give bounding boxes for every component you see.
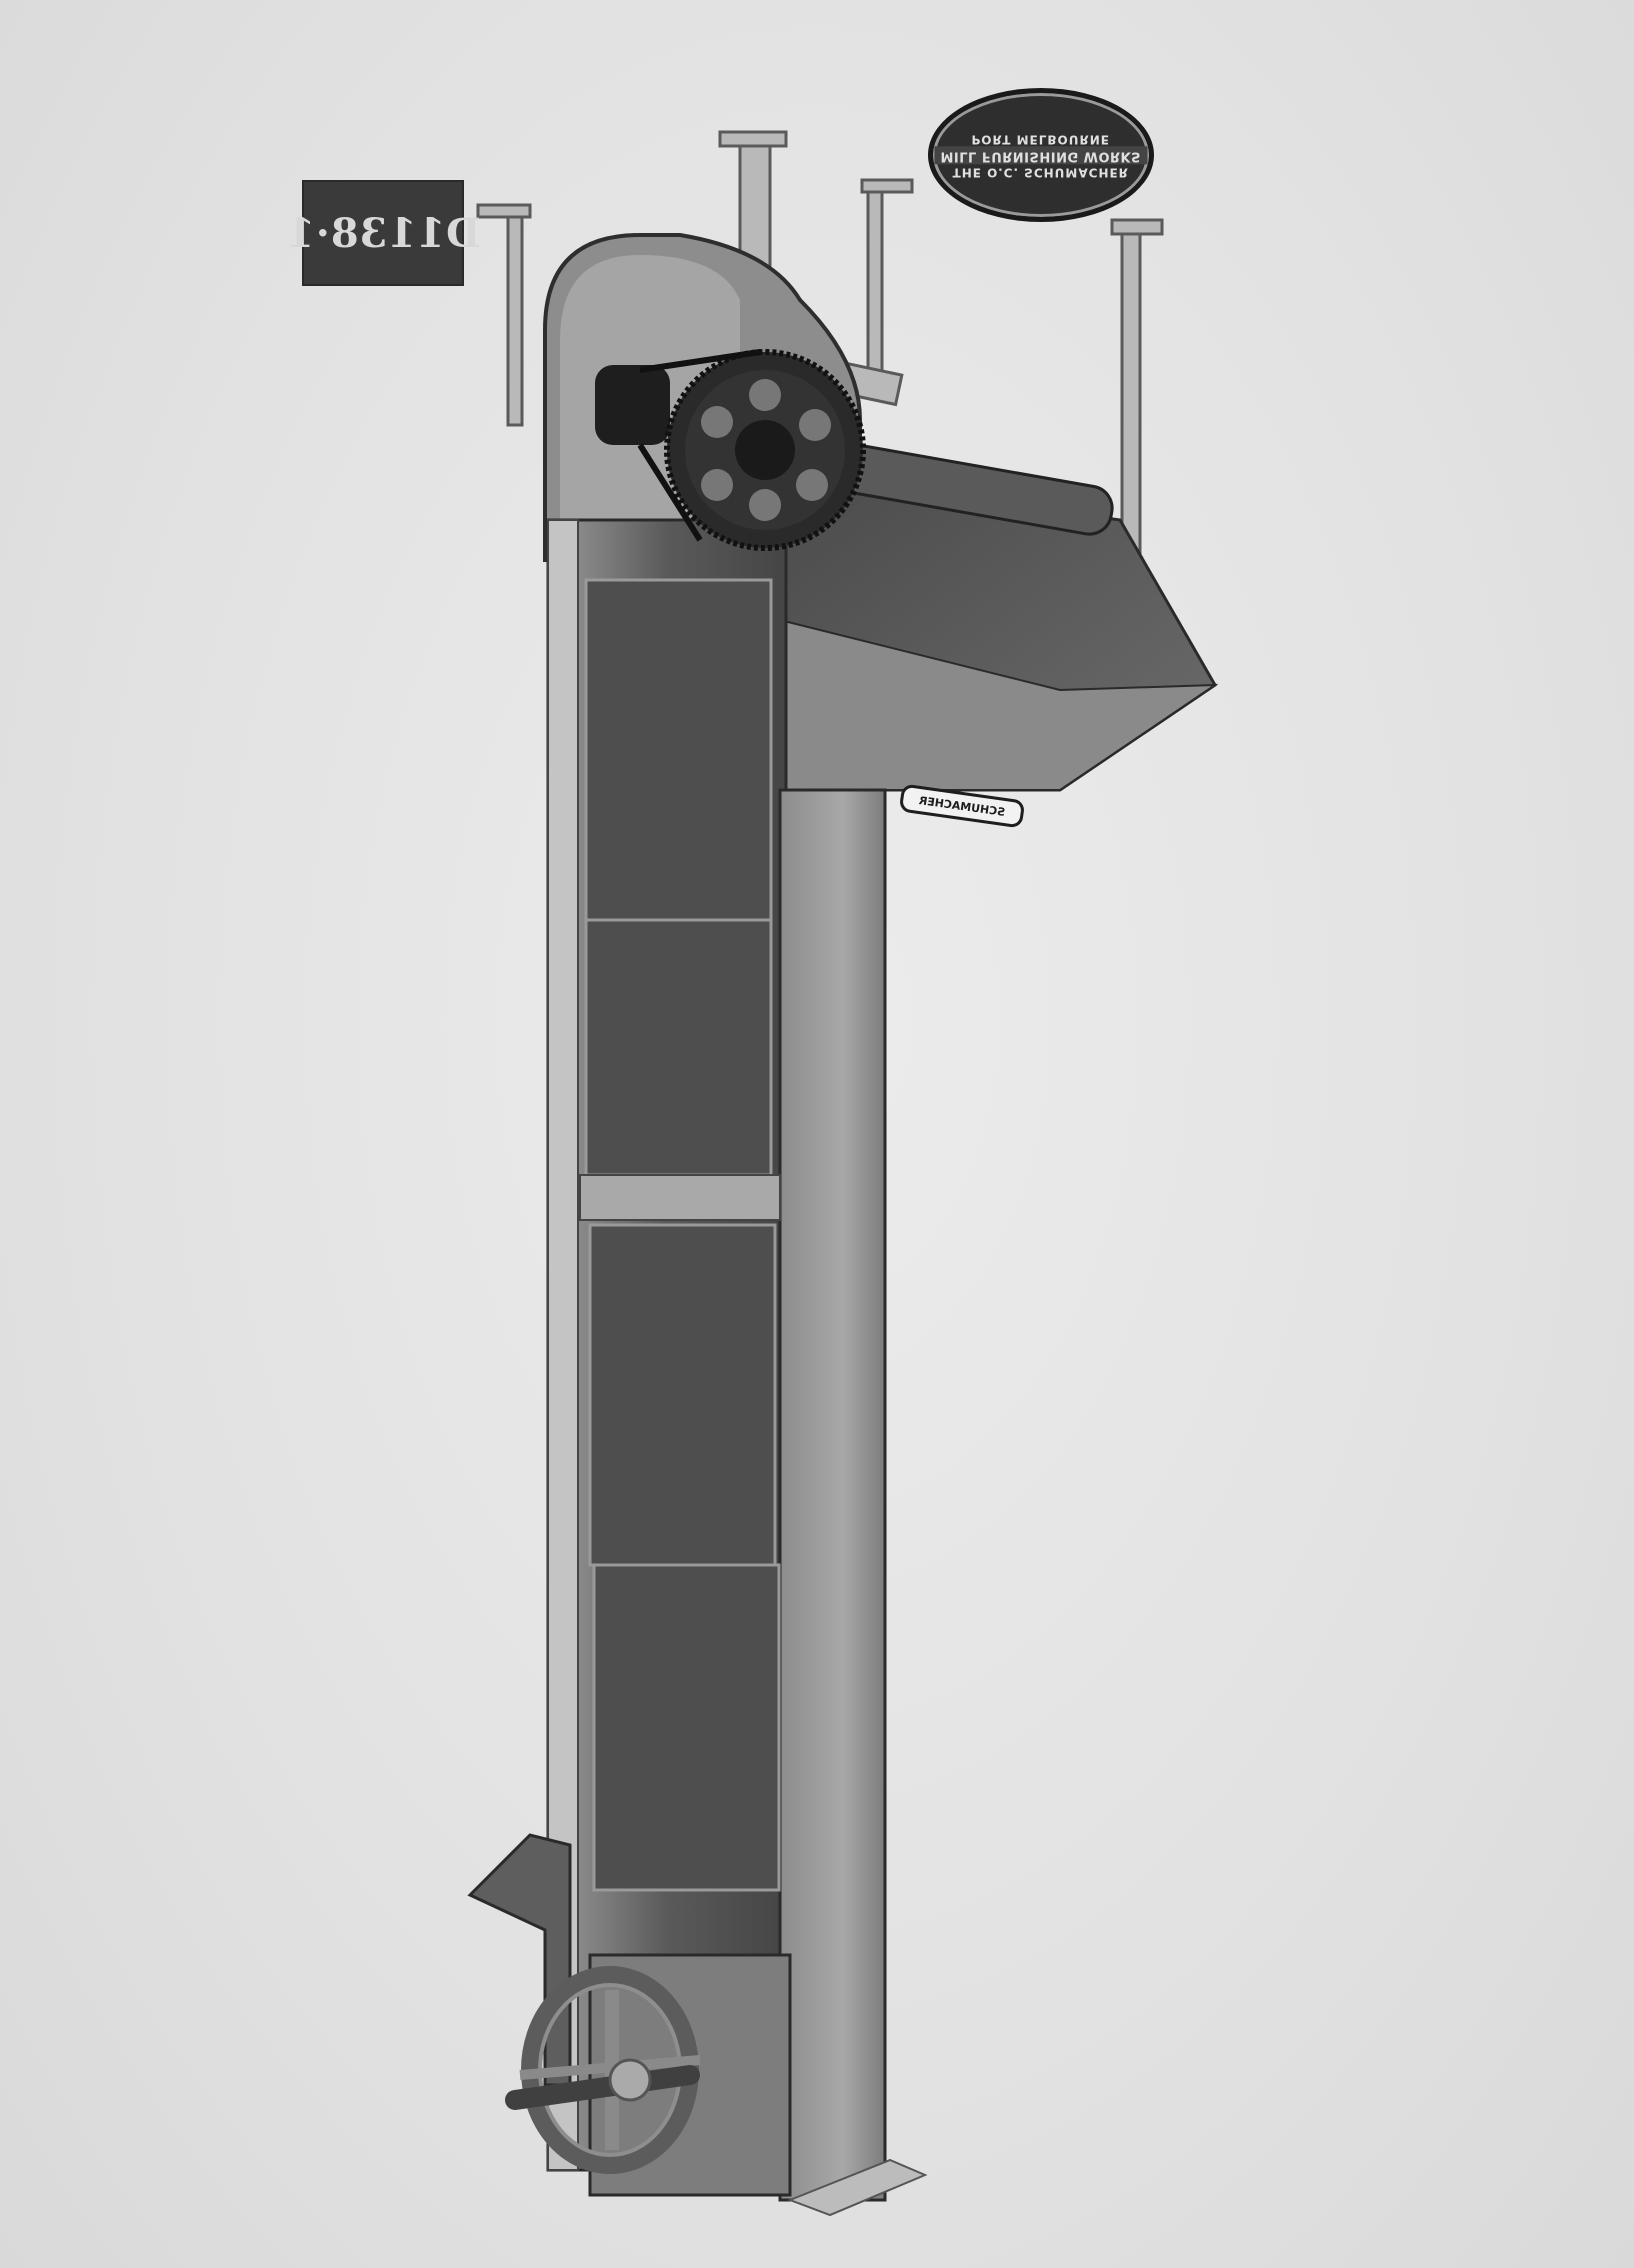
bucket-elevator-illustration — [0, 0, 1634, 2268]
elevator-trunk-right — [780, 790, 885, 2200]
plate-number-text: D1138·1 — [286, 210, 481, 257]
boot-pulley — [515, 1975, 700, 2165]
plaque-line-1: THE O.C. SCHUMACHER — [935, 164, 1148, 179]
plaque-line-3: PORT MELBOURNE — [935, 131, 1148, 146]
plaque-line-2: MILL FURNISHING WORKS — [935, 146, 1148, 164]
plate-number-sign: D1138·1 — [302, 180, 464, 286]
manufacturer-plaque: THE O.C. SCHUMACHER MILL FURNISHING WORK… — [928, 88, 1154, 222]
inlet-hopper — [470, 1835, 570, 2085]
